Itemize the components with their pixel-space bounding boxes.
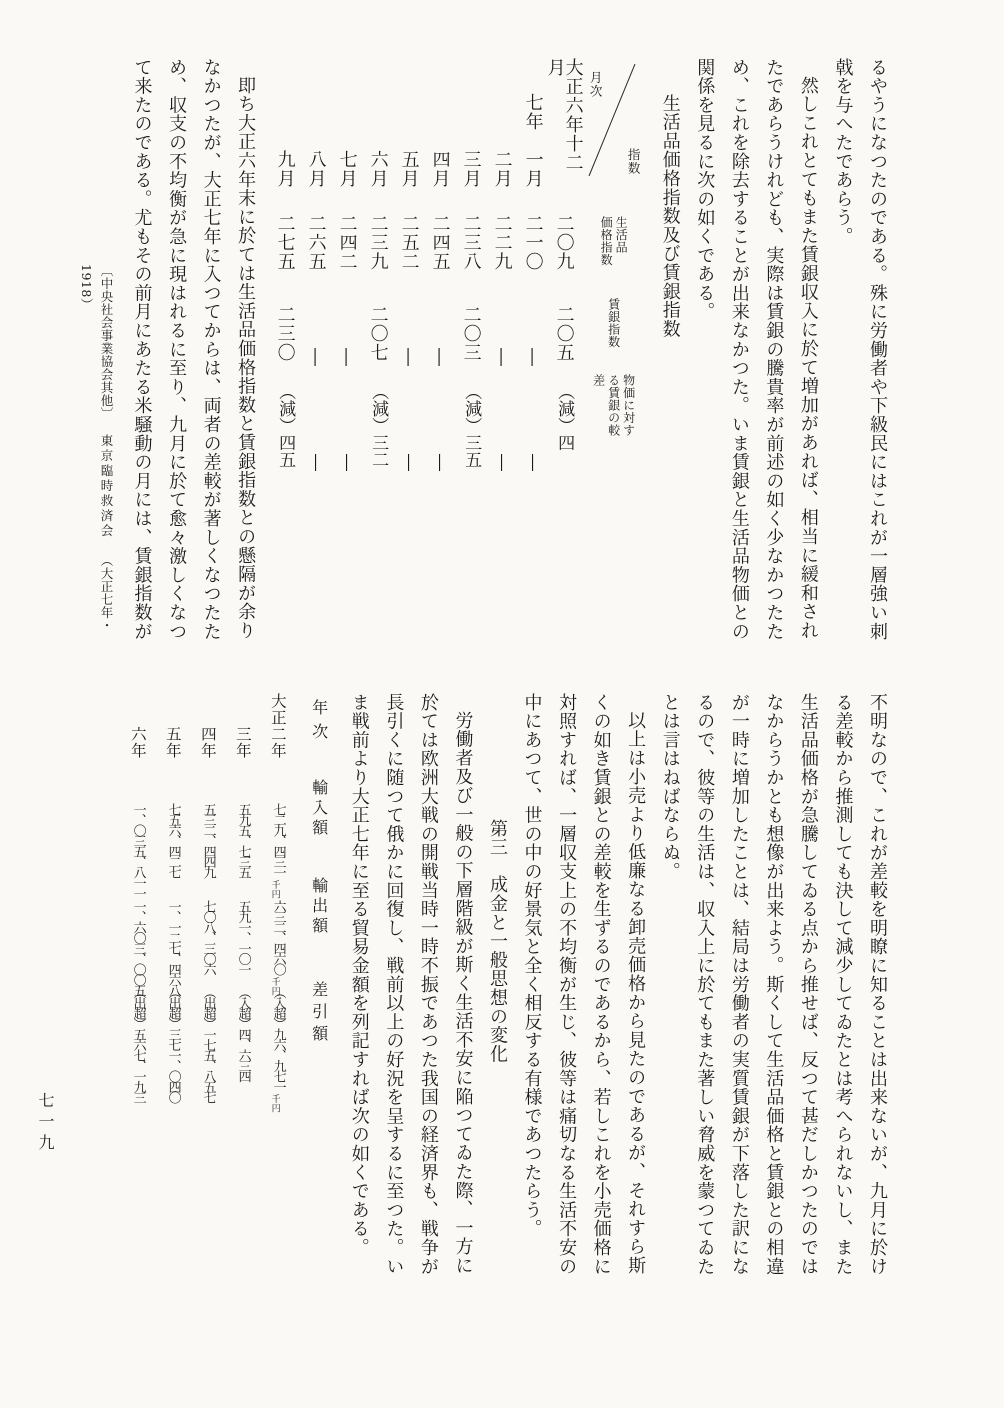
bottom-page-text: 不明なので、これが差較を明瞭に知ることは出来ないが、九月に於ける差較から推測して… bbox=[36, 693, 894, 1277]
table1-row: 五月 二五二 ― ― bbox=[393, 58, 424, 642]
year-cell: 三年 bbox=[235, 693, 251, 759]
table1-row: 七月 二四二 ― ― bbox=[331, 58, 362, 642]
column-header-exports: 輸出額 bbox=[310, 877, 327, 937]
balance-cell: （出超）三七一、〇四〇 bbox=[166, 986, 180, 1102]
table1-row: 三月 二三八 二〇三 （減）三五 bbox=[455, 58, 486, 642]
balance-cell: （入超）四、六三四 bbox=[236, 986, 250, 1081]
table1-header-column: 月次 指数 生活品 価格指数 賃銀指数 物価に対す る賃銀の較 差 bbox=[579, 58, 647, 642]
price-index-cell: 二〇九 bbox=[555, 214, 573, 271]
price-index-cell: 二五二 bbox=[400, 214, 418, 271]
table2-row: 六年 一、〇三五、八一一 一、六〇三、〇〇五 （出超）五六七、一九三 bbox=[120, 693, 155, 1277]
section-heading: 第三 成金と一般思想の変化 bbox=[479, 693, 514, 1277]
table1-row: 四月 二四五 ― ― bbox=[424, 58, 455, 642]
table2-row: 五年 七五六、四二七 一、一二七、四六八 （出超）三七一、〇四〇 bbox=[155, 693, 190, 1277]
imports-cell: 一、〇三五、八一一 bbox=[131, 803, 145, 898]
corner-label-month: 月次 bbox=[586, 71, 604, 98]
wage-index-cell: 二三〇 bbox=[276, 305, 294, 362]
column-header-imports: 輸入額 bbox=[310, 779, 327, 839]
unit-label: 千円 bbox=[269, 1094, 278, 1113]
month-cell: 四月 bbox=[431, 58, 449, 188]
wage-index-cell: ― bbox=[431, 348, 449, 367]
wage-index-cell: 二〇五 bbox=[555, 305, 573, 362]
month-cell: 二月 bbox=[493, 58, 511, 188]
scanned-book-page: るやうになつたのである。殊に労働者や下級民にはこれが一層強い刺戟を与へたであらう… bbox=[0, 0, 1004, 1408]
table1-row: 大正六年十二月 二〇九 二〇五 （減）四 bbox=[548, 58, 579, 642]
imports-cell: 五三二、四四九 bbox=[201, 803, 215, 877]
wage-index-cell: 二〇七 bbox=[369, 305, 387, 362]
table1-title: 生活品価格指数及び賃銀指数 bbox=[652, 58, 687, 642]
top-page-text: るやうになつたのである。殊に労働者や下級民にはこれが一層強い刺戟を与へたであらう… bbox=[42, 58, 894, 642]
table2-row: 四年 五三二、四四九 七〇八、三〇六 （出超）一七五、八五七 bbox=[190, 693, 225, 1277]
price-index-cell: 二四二 bbox=[338, 214, 356, 271]
table2-header-column: 年次 輸入額 輸出額 差引額 bbox=[295, 693, 341, 1277]
wage-index-cell: 二〇三 bbox=[462, 305, 480, 362]
wage-index-cell: ― bbox=[524, 348, 542, 367]
balance-cell: （出超）一七五、八五七 bbox=[201, 986, 215, 1102]
diff-cell: （減）四 bbox=[555, 383, 572, 451]
column-header-balance: 差引額 bbox=[310, 981, 327, 1047]
paragraph: 以上は小売より低廉なる卸売価格から見たのであるが、それすら斯くの如き賃銀との差較… bbox=[514, 693, 652, 1277]
table1-row: 八月 二六五 ― ― bbox=[300, 58, 331, 642]
balance-cell: （出超）五六七、一九三 bbox=[131, 986, 145, 1102]
wage-index-cell: ― bbox=[338, 348, 356, 367]
table2-row: 大正二年 七二九、四三一千円 六三二、四六〇千円 （入超）九六、九七一千円 bbox=[260, 693, 295, 1277]
paragraph: 労働者及び一般の下層階級が斯く生活不安に陥つてゐた際、一方に於ては欧洲大戦の開戦… bbox=[341, 693, 479, 1277]
paragraph: 然しこれとてもまた賃銀収入に於て増加があれば、相当に緩和されたであらうけれども、… bbox=[687, 58, 825, 642]
exports-cell: 五九一、一〇一 bbox=[236, 900, 250, 974]
paragraph: 不明なので、これが差較を明瞭に知ることは出来ないが、九月に於ける差較から推測して… bbox=[652, 693, 894, 1277]
year-cell: 六年 bbox=[130, 693, 146, 759]
month-cell: 八月 bbox=[307, 58, 325, 188]
wage-index-cell: ― bbox=[400, 348, 418, 367]
diff-cell: ― bbox=[524, 454, 541, 471]
table1-row: 七年 一月 二一〇 ― ― bbox=[517, 58, 548, 642]
table1-row: 六月 二三九 二〇七 （減）三二 bbox=[362, 58, 393, 642]
diff-cell: （減）三二 bbox=[369, 383, 386, 468]
year-cell: 五年 bbox=[165, 693, 181, 759]
wage-index-cell: ― bbox=[493, 348, 511, 367]
column-header-price-index: 生活品 価格指数 bbox=[598, 216, 628, 266]
imports-cell: 五九五、七三五 bbox=[236, 803, 250, 877]
price-index-cell: 二三九 bbox=[369, 214, 387, 271]
month-cell: 七年 一月 bbox=[524, 58, 542, 188]
table1-row: 九月 二七五 二三〇 （減）四五 bbox=[269, 58, 300, 642]
exports-cell: 一、六〇三、〇〇五 bbox=[131, 900, 145, 995]
price-index-cell: 二一〇 bbox=[524, 214, 542, 271]
price-index-cell: 二三八 bbox=[462, 214, 480, 271]
month-cell: 三月 bbox=[462, 58, 480, 188]
column-header-difference: 物価に対す る賃銀の較 差 bbox=[591, 374, 636, 437]
month-cell: 七月 bbox=[338, 58, 356, 188]
exports-cell: 一、一二七、四六八 bbox=[166, 900, 180, 995]
column-header-year: 年次 bbox=[310, 699, 327, 747]
month-cell: 五月 bbox=[400, 58, 418, 188]
diff-cell: ― bbox=[431, 454, 448, 471]
paragraph: 即ち大正六年末に於ては生活品価格指数と賃銀指数との懸隔が余りなかつたが、大正七年… bbox=[124, 58, 262, 642]
diff-cell: （減）三五 bbox=[462, 383, 479, 468]
paragraph: るやうになつたのである。殊に労働者や下級民にはこれが一層強い刺戟を与へたであらう… bbox=[825, 58, 894, 642]
diff-cell: ― bbox=[493, 454, 510, 471]
year-cell: 四年 bbox=[200, 693, 216, 759]
attribution: 〔中央社会事業協会其他〕 東京臨時救済会 （大正七年・1918） bbox=[76, 58, 116, 642]
exports-cell: 七〇八、三〇六 bbox=[201, 900, 215, 974]
attribution-source: 〔中央社会事業協会其他〕 bbox=[99, 264, 114, 420]
month-cell: 大正六年十二月 bbox=[546, 58, 582, 188]
month-cell: 九月 bbox=[276, 58, 294, 188]
table1-row: 二月 二二九 ― ― bbox=[486, 58, 517, 642]
attribution-organization: 東京臨時救済会 bbox=[99, 434, 114, 539]
price-index-cell: 二七五 bbox=[276, 214, 294, 271]
page-number: 七一九 bbox=[34, 1092, 57, 1155]
year-cell: 大正二年 bbox=[270, 693, 286, 759]
price-index-cell: 二二九 bbox=[493, 214, 511, 271]
diff-cell: ― bbox=[338, 454, 355, 471]
column-header-wage-index: 賃銀指数 bbox=[606, 298, 621, 348]
exports-cell: 六三二、四六〇千円 bbox=[271, 900, 285, 996]
diff-cell: ― bbox=[307, 454, 324, 471]
diff-cell: ― bbox=[400, 454, 417, 471]
imports-cell: 七五六、四二七 bbox=[166, 803, 180, 877]
price-wage-index-table: 月次 指数 生活品 価格指数 賃銀指数 物価に対す る賃銀の較 差 大正六年十二… bbox=[267, 58, 647, 642]
unit-label: 千円 bbox=[269, 880, 278, 899]
month-cell: 六月 bbox=[369, 58, 387, 188]
balance-cell: （入超）九六、九七一千円 bbox=[271, 986, 285, 1113]
trade-amount-table: 年次 輸入額 輸出額 差引額 大正二年 七二九、四三一千円 六三二、四六〇千円 … bbox=[118, 693, 341, 1277]
imports-cell: 七二九、四三一千円 bbox=[271, 803, 285, 899]
diff-cell: （減）四五 bbox=[276, 383, 293, 468]
price-index-cell: 二四五 bbox=[431, 214, 449, 271]
corner-label-index: 指数 bbox=[624, 148, 642, 175]
table1-corner-cell: 月次 指数 bbox=[581, 64, 645, 178]
table2-row: 三年 五九五、七三五 五九一、一〇一 （入超）四、六三四 bbox=[225, 693, 260, 1277]
price-index-cell: 二六五 bbox=[307, 214, 325, 271]
wage-index-cell: ― bbox=[307, 348, 325, 367]
